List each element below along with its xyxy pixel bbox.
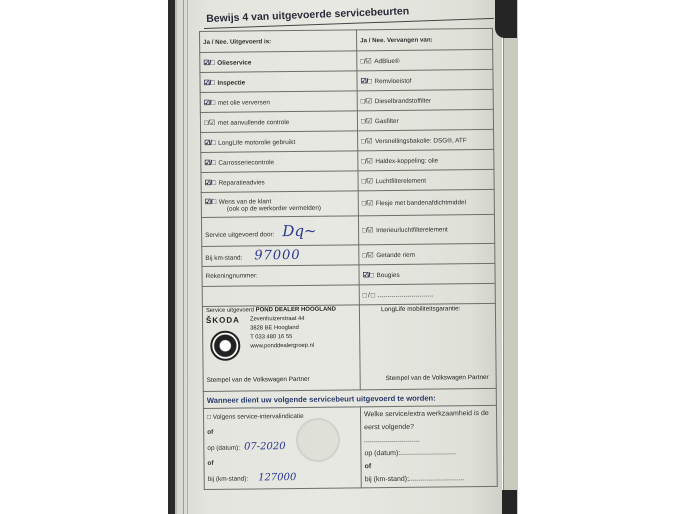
signature: Dq~: [282, 222, 316, 240]
book-corner-shadow: [502, 490, 517, 514]
checkbox-icon[interactable]: □/☑: [362, 226, 373, 234]
service-item: ☑/□Olieservice: [200, 51, 357, 73]
book-corner-shadow: [495, 0, 517, 38]
dealer-street: Zevenhuizerstraat 44: [250, 315, 314, 325]
checkbox-icon[interactable]: □/☑: [362, 199, 373, 207]
checkbox-icon[interactable]: □/☑: [361, 137, 372, 145]
replacement-item-label: Getande riem: [376, 251, 415, 258]
invoice-cell: Rekeningnummer:: [202, 265, 359, 287]
replacement-item: □/☑Interieurluchtfilterelement: [358, 214, 494, 244]
replacement-item-label: Gasfilter: [375, 117, 399, 124]
replacement-item-label: Haldex-koppeling: olie: [375, 157, 438, 165]
next-km-label: bij (km-stand):: [208, 476, 249, 483]
checkbox-icon[interactable]: □/☑: [362, 251, 373, 259]
service-item: ☑/□LongLife motorolie gebruikt: [201, 131, 358, 153]
next-date-label: op (datum):: [207, 445, 240, 452]
dealer-name: POND DEALER HOOGLAND: [254, 307, 336, 314]
table-row: Service uitgevoerd door:Dq~□/☑Interieurl…: [201, 214, 494, 246]
right-km-row: bij (km-stand):: [365, 472, 494, 486]
service-item: □/☑met aanvullende controle: [200, 111, 357, 133]
checkbox-icon[interactable]: □/☑: [361, 97, 372, 105]
replacement-item-label: Remvloeistof: [374, 77, 411, 84]
checkbox-icon[interactable]: □/☑: [361, 117, 372, 125]
replacement-item: □/☑Versnellingsbakolie: DSG®, ATF: [358, 129, 494, 150]
replacement-item: □/☑AdBlue®: [357, 49, 493, 70]
checkbox-icon[interactable]: □/☑: [362, 177, 373, 185]
page-edge-line: [187, 0, 188, 514]
checkbox-icon[interactable]: ☑/□: [203, 78, 214, 86]
replacement-item: □/☑Gasfilter: [357, 109, 493, 130]
replacement-item: □/☑Dieselbrandstoffilter: [357, 89, 493, 110]
service-item-label: Reparatieadvies: [219, 179, 265, 186]
blank-line: [378, 290, 433, 298]
blank-line: [400, 447, 455, 455]
checkbox-icon[interactable]: ☑/□: [205, 197, 216, 205]
replacement-item-label: Versnellingsbakolie: DSG®, ATF: [375, 137, 467, 145]
service-item-label: Wens van de klant: [219, 198, 272, 206]
service-item: ☑/□Reparatieadvies: [201, 171, 358, 193]
km-label: Bij km-stand:: [205, 255, 242, 262]
empty-cell: [202, 285, 359, 307]
service-item-label: LongLife motorolie gebruikt: [218, 138, 295, 146]
replacement-item-label: Flesje met bandenafdichtmiddel: [376, 199, 466, 207]
right-column-header: Ja / Nee. Vervangen van:: [356, 28, 492, 50]
page-edge-line: [183, 0, 184, 514]
km-cell: Bij km-stand:97000: [202, 245, 359, 267]
or-label: of: [365, 459, 494, 473]
service-record-table: Ja / Nee. Uitgevoerd is:Ja / Nee. Vervan…: [199, 28, 498, 490]
interval-checkbox-label[interactable]: □ Volgens service-intervalindicatie: [207, 408, 357, 425]
checkbox-icon[interactable]: □/☑: [204, 118, 215, 126]
checkbox-icon[interactable]: ☑/□: [360, 77, 371, 85]
service-item-note: (ook op de werkorder vermelden): [227, 204, 321, 212]
replacement-item-label: Bougies: [376, 271, 399, 278]
table-row: ☑/□Wens van de klant(ook op de werkorder…: [201, 189, 494, 217]
checkbox-icon[interactable]: ☑/□: [204, 138, 215, 146]
service-item-label: Inspectie: [217, 79, 245, 86]
replacement-item-label: AdBlue®: [374, 57, 399, 64]
stamp-label-right: Stempel van de Volkswagen Partner: [386, 374, 493, 382]
longlife-cell: LongLife mobiliteitsgarantie:Stempel van…: [359, 303, 496, 389]
checkbox-icon[interactable]: □ / □: [363, 292, 375, 299]
blank-line: [364, 435, 419, 443]
service-by-label: Service uitgevoerd door:: [205, 231, 274, 239]
service-item-label: met aanvullende controle: [218, 119, 289, 127]
checkbox-icon[interactable]: ☑/□: [204, 158, 215, 166]
replacement-item-label: Dieselbrandstoffilter: [375, 97, 431, 105]
service-by-cell: Service uitgevoerd door:Dq~: [201, 216, 358, 247]
service-item-label: Carrosseriecontrole: [218, 159, 274, 167]
replacement-item: □/☑Flesje met bandenafdichtmiddel: [358, 189, 494, 215]
replacement-item-label: Luchtfilterelement: [375, 177, 426, 185]
book-edge-right: [503, 0, 518, 514]
background-left: [0, 0, 170, 514]
faint-stamp-imprint: [296, 418, 340, 462]
replacement-item: ☑/□Remvloeistof: [357, 69, 493, 90]
next-date-value: 07-2020: [244, 441, 286, 452]
replacement-item: □ / □: [359, 283, 495, 304]
service-item-label: Olieservice: [217, 59, 251, 66]
background-right: [515, 0, 685, 514]
skoda-logo-icon: [210, 331, 240, 361]
checkbox-icon[interactable]: □/☑: [360, 57, 371, 65]
right-km-label: bij (km-stand):: [365, 476, 409, 483]
right-date-label: op (datum):: [364, 450, 400, 457]
next-km-value: 127000: [258, 472, 296, 483]
replacement-item: □/☑Getande riem: [359, 243, 495, 264]
service-item: ☑/□met olie verversen: [200, 91, 357, 113]
km-value-handwritten: 97000: [254, 248, 301, 263]
service-item: ☑/□Wens van de klant(ook op de werkorder…: [201, 191, 358, 218]
or-label: of: [207, 454, 357, 471]
invoice-label: Rekeningnummer:: [206, 272, 258, 280]
replacement-item: ☑/□Bougies: [359, 263, 495, 284]
replacement-item: □/☑Luchtfilterelement: [358, 169, 494, 190]
blank-line: [409, 473, 464, 481]
checkbox-icon[interactable]: ☑/□: [205, 178, 216, 186]
skoda-wordmark: ŠKODA: [206, 316, 240, 325]
replacement-item: □/☑Haldex-koppeling: olie: [358, 149, 494, 170]
next-service-question: Welke service/extra werkzaamheid is de e…: [364, 407, 493, 434]
service-item: ☑/□Inspectie: [200, 71, 357, 93]
dealer-stamp-cell: Service uitgevoerd POND DEALER HOOGLANDŠ…: [202, 305, 360, 392]
checkbox-icon[interactable]: ☑/□: [203, 58, 214, 66]
checkbox-icon[interactable]: □/☑: [361, 157, 372, 165]
right-date-row: op (datum):: [364, 446, 493, 460]
left-column-header: Ja / Nee. Uitgevoerd is:: [200, 30, 357, 53]
checkbox-icon[interactable]: ☑/□: [363, 271, 374, 279]
next-km-row: bij (km-stand):127000: [208, 469, 358, 487]
stamp-row: Service uitgevoerd POND DEALER HOOGLANDŠ…: [202, 303, 496, 391]
checkbox-icon[interactable]: ☑/□: [204, 98, 215, 106]
service-item-label: met olie verversen: [218, 99, 270, 107]
replacement-item-label: Interieurluchtfilterelement: [376, 226, 448, 234]
service-item: ☑/□Carrosseriecontrole: [201, 151, 358, 173]
dealer-web: www.ponddealergroep.nl: [250, 342, 314, 352]
stamp-label-left: Stempel van de Volkswagen Partner: [207, 375, 357, 384]
next-service-right: Welke service/extra werkzaamheid is de e…: [360, 405, 497, 487]
service-date-label: Service uitgevoerd POND DEALER HOOGLAND: [206, 306, 356, 314]
longlife-label: LongLife mobiliteitsgarantie:: [381, 305, 492, 313]
